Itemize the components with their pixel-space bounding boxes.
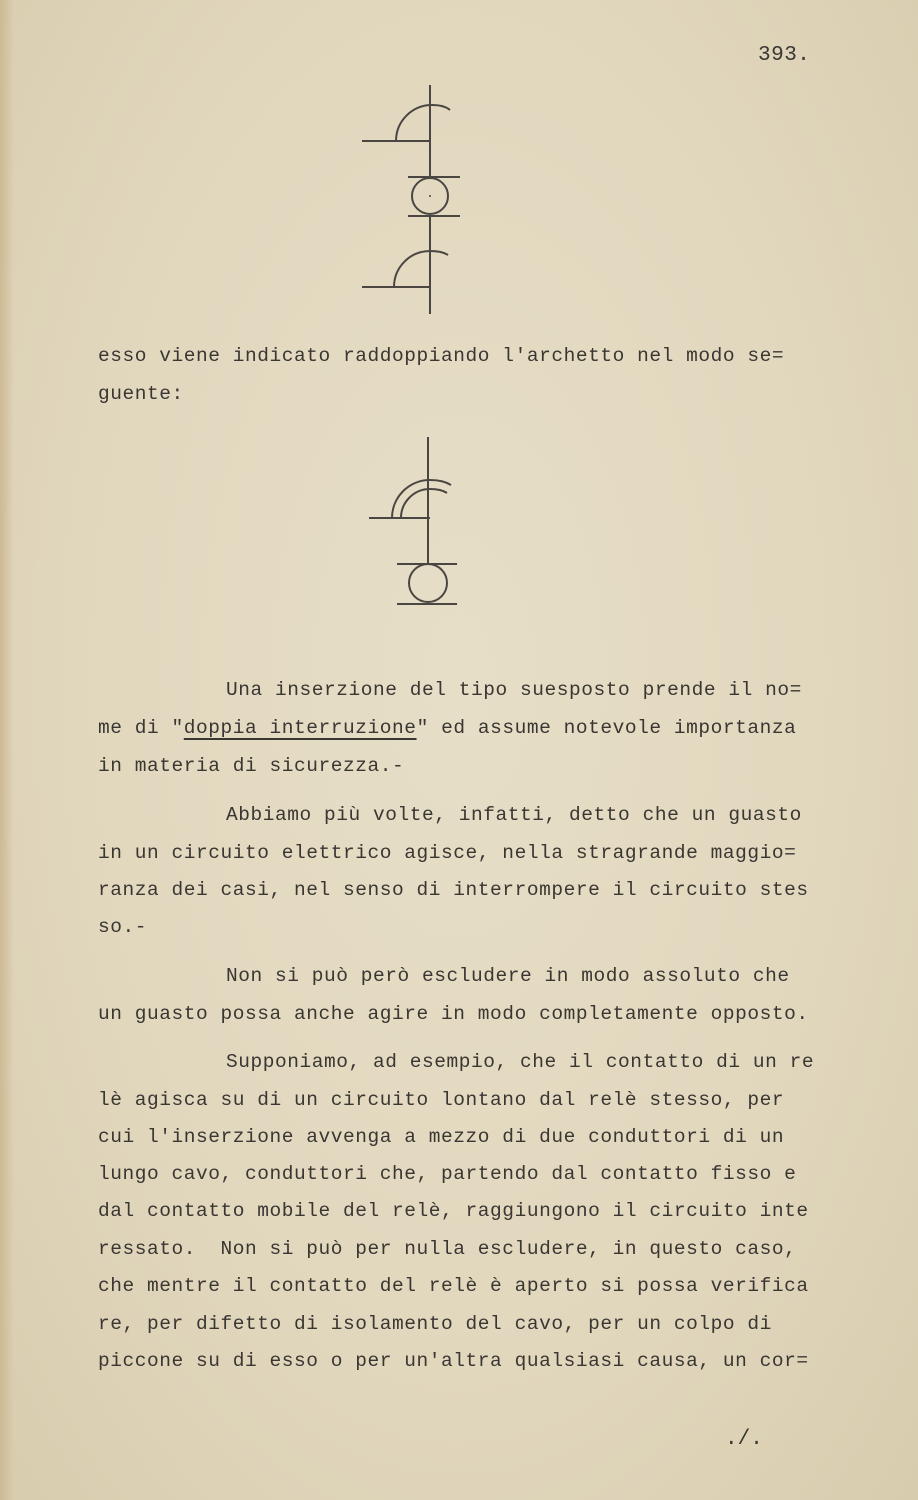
text-line: lè agisca su di un circuito lontano dal … xyxy=(98,1088,784,1112)
text-line: esso viene indicato raddoppiando l'arche… xyxy=(98,344,784,368)
text-line: guente: xyxy=(98,382,184,406)
page-edge-shadow xyxy=(0,0,14,1500)
text-line-with-underline: me di "doppia interruzione" ed assume no… xyxy=(98,716,796,740)
text-line: in un circuito elettrico agisce, nella s… xyxy=(98,841,796,865)
text-line: dal contatto mobile del relè, raggiungon… xyxy=(98,1199,809,1223)
text-line: lungo cavo, conduttori che, partendo dal… xyxy=(98,1162,796,1186)
text-line: Abbiamo più volte, infatti, detto che un… xyxy=(226,803,802,827)
text-line: Una inserzione del tipo suesposto prende… xyxy=(226,678,802,702)
text-line: piccone su di esso o per un'altra qualsi… xyxy=(98,1349,809,1373)
diagram-single-interruption xyxy=(340,80,480,320)
text-line: che mentre il contatto del relè è aperto… xyxy=(98,1274,809,1298)
double-arc-contact-icon xyxy=(355,432,475,612)
text-line: Supponiamo, ad esempio, che il contatto … xyxy=(226,1050,814,1074)
text-line: ressato. Non si può per nulla escludere,… xyxy=(98,1237,796,1261)
underlined-term: doppia interruzione xyxy=(184,717,417,739)
text-fragment: " ed assume notevole importanza xyxy=(417,717,797,739)
text-line: in materia di sicurezza.- xyxy=(98,754,404,778)
text-line: so.- xyxy=(98,915,147,939)
contact-symbol-icon xyxy=(340,80,480,320)
page-number: 393. xyxy=(758,44,810,67)
text-fragment: me di " xyxy=(98,717,184,739)
text-line: ranza dei casi, nel senso di interromper… xyxy=(98,878,809,902)
text-line: un guasto possa anche agire in modo comp… xyxy=(98,1002,809,1026)
text-line: Non si può però escludere in modo assolu… xyxy=(226,964,790,988)
continuation-mark: ./. xyxy=(725,1428,763,1451)
text-line: cui l'inserzione avvenga a mezzo di due … xyxy=(98,1125,784,1149)
text-line: re, per difetto di isolamento del cavo, … xyxy=(98,1312,772,1336)
diagram-double-arc xyxy=(355,432,475,612)
